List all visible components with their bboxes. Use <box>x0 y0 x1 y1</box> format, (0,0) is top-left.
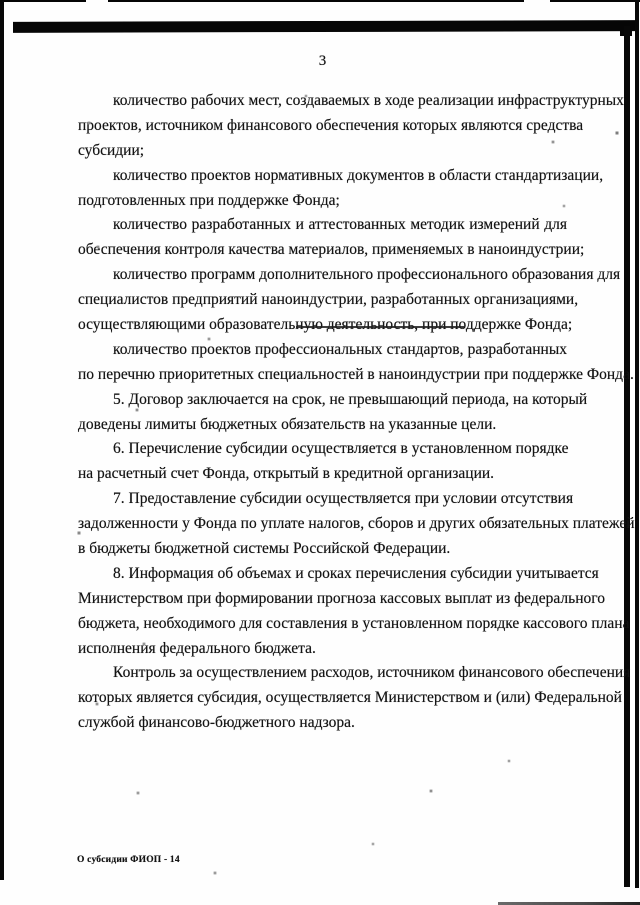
paragraph-line: количество рабочих мест, создаваемых в х… <box>78 89 567 114</box>
paragraph-line: количество проектов профессиональных ста… <box>78 338 567 363</box>
paragraph-line: доведены лимиты бюджетных обязательств н… <box>78 413 567 438</box>
paragraph-line: количество разработанных и аттестованных… <box>78 213 567 238</box>
footer-note: О субсидии ФИОП - 14 <box>77 855 180 865</box>
page-number: 3 <box>78 53 567 70</box>
paragraph-line: 5. Договор заключается на срок, не превы… <box>78 388 567 413</box>
scan-border-right-outer <box>635 0 639 888</box>
paragraph-line: проектов, источником финансового обеспеч… <box>78 114 567 139</box>
paragraph-line: специалистов предприятий наноиндустрии, … <box>78 288 567 313</box>
paragraph-line: количество программ дополнительного проф… <box>78 263 567 288</box>
paragraph-line: по перечню приоритетных специальностей в… <box>78 363 567 388</box>
scan-artifact-line <box>296 326 464 328</box>
paragraph-line: 8. Информация об объемах и сроках перечи… <box>78 562 567 587</box>
paragraph-line: подготовленных при поддержке Фонда; <box>78 189 567 214</box>
scan-border-top-bar <box>13 20 637 33</box>
paragraph-line: субсидии; <box>78 139 567 164</box>
paragraph-line: в бюджеты бюджетной системы Российской Ф… <box>78 537 567 562</box>
scan-border-bottom <box>498 902 640 905</box>
scanned-page: 3 количество рабочих мест, создаваемых в… <box>0 0 640 905</box>
paragraph-line: исполнения федерального бюджета. <box>78 637 567 662</box>
scan-border-right-inner <box>624 26 630 887</box>
paragraph-line: задолженности у Фонда по уплате налогов,… <box>78 512 567 537</box>
paragraph-line: бюджета, необходимого для составления в … <box>78 612 567 637</box>
paragraph-line: Министерством при формировании прогноза … <box>78 587 567 612</box>
scan-border-left <box>0 0 4 880</box>
paragraph-line: службой финансово-бюджетного надзора. <box>78 711 567 736</box>
scan-border-top-thin <box>0 0 640 2</box>
text-body: количество рабочих мест, создаваемых в х… <box>78 89 567 736</box>
paragraph-line: на расчетный счет Фонда, открытый в кред… <box>78 462 567 487</box>
paragraph-line: обеспечения контроля качества материалов… <box>78 238 567 263</box>
paragraph-line: количество проектов нормативных документ… <box>78 164 567 189</box>
scan-noise <box>0 0 2 2</box>
paragraph-line: которых является субсидия, осуществляетс… <box>78 686 567 711</box>
paragraph-line: Контроль за осуществлением расходов, ист… <box>78 661 567 686</box>
paragraph-line: 6. Перечисление субсидии осуществляется … <box>78 437 567 462</box>
paragraph-line: 7. Предоставление субсидии осуществляетс… <box>78 487 567 512</box>
